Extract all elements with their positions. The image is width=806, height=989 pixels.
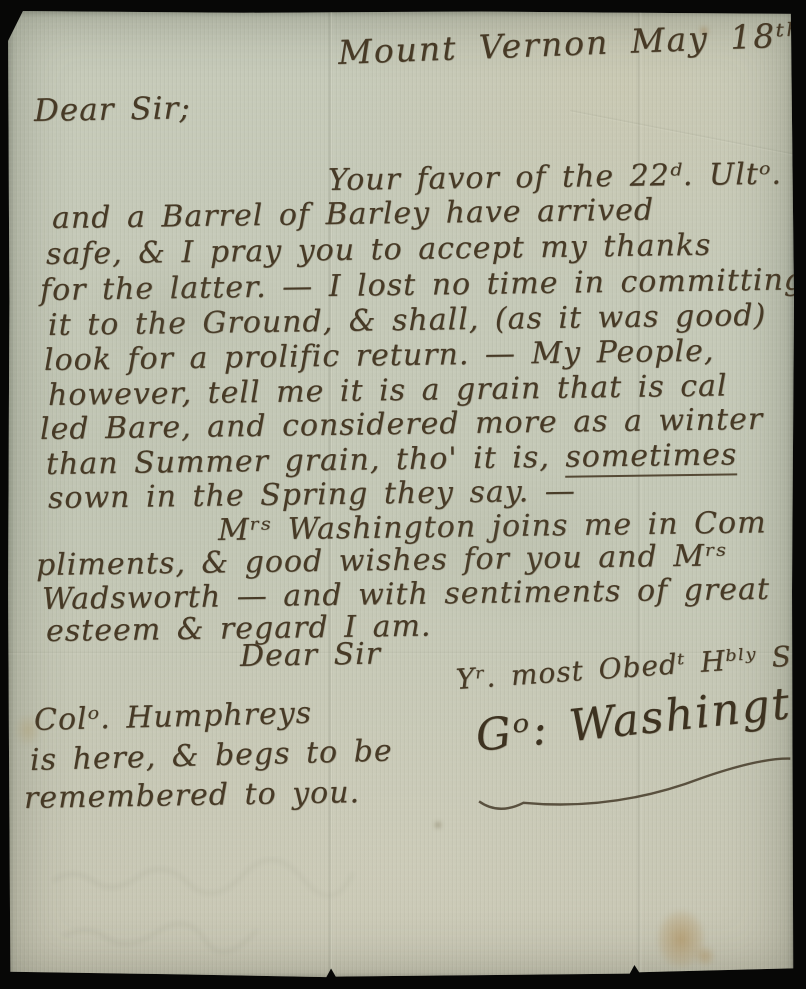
diagonal-crease xyxy=(570,109,797,157)
body-line: Your favor of the 22ᵈ. Ultᵒ. xyxy=(328,157,782,198)
letter-paper: Mount Vernon May 18ᵗʰ 1788 Dear Sir; You… xyxy=(8,11,794,979)
vertical-fold-crease-right xyxy=(637,11,642,979)
letter-photograph: Mount Vernon May 18ᵗʰ 1788 Dear Sir; You… xyxy=(0,0,806,989)
salutation: Dear Sir; xyxy=(34,90,191,129)
speck-middle xyxy=(434,821,442,829)
show-through-writing xyxy=(48,856,438,966)
underlined-word: sometimes xyxy=(565,437,737,477)
postscript-line: remembered to you. xyxy=(24,775,361,816)
dateline: Mount Vernon May 18ᵗʰ 1788 xyxy=(337,11,806,72)
postscript-line: is here, & begs to be xyxy=(30,734,394,778)
stain-large xyxy=(656,909,706,969)
closing-salutation: Dear Sir xyxy=(240,637,382,674)
postscript-line: Colᵒ. Humphreys xyxy=(34,696,313,738)
stain-small xyxy=(694,945,716,967)
